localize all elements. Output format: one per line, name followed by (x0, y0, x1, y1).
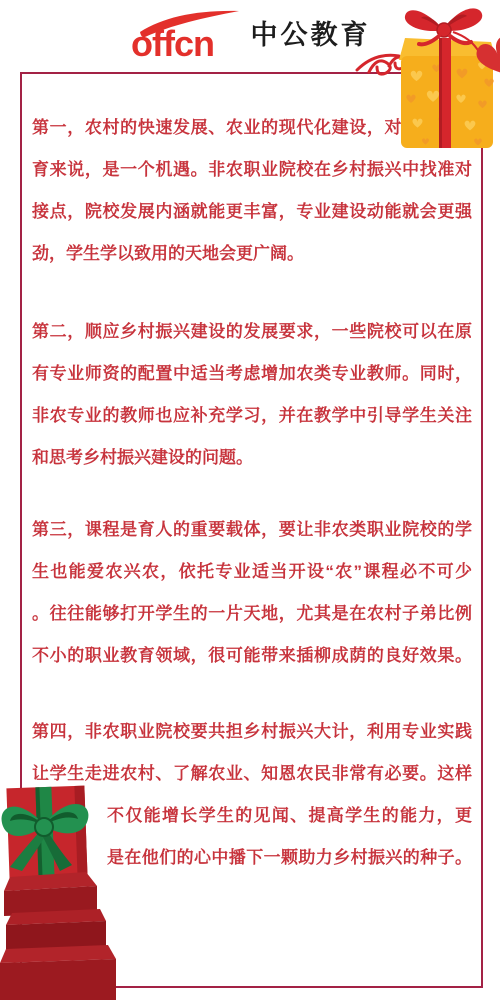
offcn-logo: offcn (130, 8, 242, 62)
stacked-gift-boxes (0, 872, 116, 1000)
paragraph-3-line-2: 生也能爱农兴农，依托专业适当开设“农”课程必不可少 (32, 551, 472, 593)
paragraph-3: 第三，课程是育人的重要载体，要让非农类职业院校的学 生也能爱农兴农，依托专业适当… (32, 509, 472, 677)
paragraph-4-line-4: 是在他们的心中播下一颗助力乡村振兴的种子。 (107, 837, 472, 879)
paragraph-3-line-3: 。往往能够打开学生的一片天地，尤其是在农村子弟比例 (32, 593, 472, 635)
paragraph-1-line-3: 接点，院校发展内涵就能更丰富，专业建设动能就会更强 (32, 191, 472, 233)
paragraph-2-line-2: 有专业师资的配置中适当考虑增加农类专业教师。同时， (32, 353, 472, 395)
gift-stack-illustration (0, 775, 125, 1000)
curly-ribbon-icon (357, 55, 407, 74)
paragraph-2-line-3: 非农专业的教师也应补充学习，并在教学中引导学生关注 (32, 395, 472, 437)
paragraph-2-line-1: 第二，顺应乡村振兴建设的发展要求，一些院校可以在原 (32, 311, 472, 353)
logo-text: offcn (131, 23, 214, 62)
paragraph-4-line-3: 不仅能增长学生的见闻、提高学生的能力，更 (107, 795, 472, 837)
gift-box-top-illustration (355, 0, 500, 158)
paragraph-3-line-1: 第三，课程是育人的重要载体，要让非农类职业院校的学 (32, 509, 472, 551)
paragraph-1-line-4: 劲，学生学以致用的天地会更广阔。 (32, 233, 472, 275)
paragraph-3-line-4: 不小的职业教育领域，很可能带来插柳成荫的良好效果。 (32, 635, 472, 677)
paragraph-4-line-1: 第四，非农职业院校要共担乡村振兴大计，利用专业实践 (32, 711, 472, 753)
ribbon-band-shadow (439, 38, 442, 148)
paragraph-2-line-4: 和思考乡村振兴建设的问题。 (32, 437, 472, 479)
brand-name: 中公教育 (251, 8, 371, 62)
paragraph-2: 第二，顺应乡村振兴建设的发展要求，一些院校可以在原 有专业师资的配置中适当考虑增… (32, 311, 472, 479)
poster-page: offcn 中公教育 第一，农村的快速发展、农业的现代化建设，对于职业教 育来说… (0, 0, 500, 1000)
